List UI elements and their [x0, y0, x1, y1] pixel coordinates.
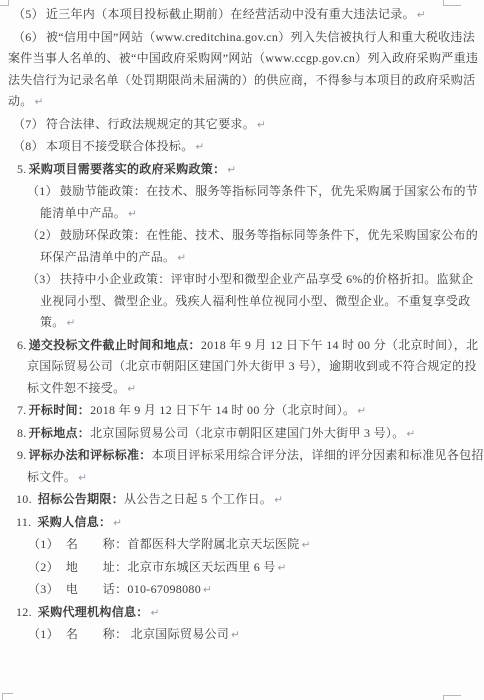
item-marker: （2）: [28, 560, 66, 574]
paragraph-mark-icon: ↵: [300, 540, 311, 551]
policy-item-2: （2）鼓励环保政策：在性能、技术、服务等指标同等条件下，优先采购国家公布的环保产…: [0, 225, 484, 269]
item-marker: （1）: [28, 537, 66, 551]
section-number: 12.: [16, 605, 38, 619]
section-number: 10.: [16, 492, 38, 506]
section-number: 11.: [16, 515, 37, 529]
clause-8: （8）本项目不接受联合体投标。↵: [0, 136, 484, 159]
item-marker: （2）: [27, 228, 60, 242]
clause-7: （7）符合法律、行政法规规定的其它要求。↵: [0, 114, 484, 137]
clause-marker: （8）: [13, 139, 46, 153]
item-marker: （3）: [28, 582, 66, 596]
clause-marker: （5）: [13, 7, 46, 21]
paragraph-mark-icon: ↵: [405, 429, 416, 440]
paragraph-mark-icon: ↵: [355, 406, 366, 417]
section-8-opening-place: 8.开标地点：北京国际贸易公司（北京市朝阳区建国门外大街甲 3 号）。↵: [0, 423, 484, 446]
section-text: 2018 年 9 月 12 日下午 14 时 00 分（北京时间）。: [90, 403, 355, 417]
section-number: 8.: [17, 426, 29, 440]
paragraph-mark-icon: ↵: [175, 253, 186, 264]
clause-6: （6）被“信用中国”网站（www.creditchina.gov.cn）列入失信…: [0, 27, 484, 114]
item-marker: （1）: [28, 627, 66, 641]
paragraph-mark-icon: ↵: [276, 563, 287, 574]
section-label: 采购代理机构信息：: [38, 605, 149, 619]
clause-text: 近三年内（本项目投标截止期前）在经营活动中没有重大违法记录。: [46, 7, 415, 21]
purchaser-phone: （3）电 话：010-67098080↵: [0, 579, 484, 602]
section-number: 6.: [17, 338, 29, 352]
clause-text: 本项目不接受联合体投标。: [46, 139, 194, 153]
policy-item-3: （3）扶持中小企业政策：评审时小型和微型企业产品享受 6%的价格折扣。监狱企业视…: [0, 269, 484, 335]
document-page: （5）近三年内（本项目投标截止期前）在经营活动中没有重大违法记录。↵ （6）被“…: [0, 0, 484, 700]
section-label: 采购人信息：: [37, 515, 111, 529]
clause-text: 被“信用中国”网站（www.creditchina.gov.cn）列入失信被执行…: [8, 30, 478, 109]
section-text: 北京国际贸易公司（北京市朝阳区建国门外大街甲 3 号）。: [90, 426, 404, 440]
section-5-policies: 5.采购项目需要落实的政府采购政策：↵: [0, 159, 484, 182]
paragraph-mark-icon: ↵: [255, 120, 266, 131]
section-label: 开标地点：: [29, 426, 91, 440]
item-marker: （1）: [27, 184, 60, 198]
section-7-opening-time: 7.开标时间：2018 年 9 月 12 日下午 14 时 00 分（北京时间）…: [0, 400, 484, 423]
item-text: 鼓励环保政策：在性能、技术、服务等指标同等条件下，优先采购国家公布的环保产品清单…: [40, 228, 478, 264]
paragraph-mark-icon: ↵: [272, 495, 283, 506]
paragraph-mark-icon: ↵: [225, 165, 236, 176]
paragraph-mark-icon: ↵: [33, 97, 44, 108]
paragraph-mark-icon: ↵: [65, 318, 76, 329]
section-label: 招标公告期限：: [38, 492, 124, 506]
section-text: 从公告之日起 5 个工作日。: [124, 492, 272, 506]
text-boundary-mark-bottom-right-icon: [443, 695, 461, 700]
section-label: 递交投标文件截止时间和地点：: [29, 338, 201, 352]
item-text: 地 址：北京市东城区天坛西里 6 号: [66, 560, 276, 574]
paragraph-mark-icon: ↵: [111, 518, 122, 529]
paragraph-mark-icon: ↵: [149, 608, 160, 619]
item-marker: （3）: [27, 272, 60, 286]
section-12-agency-info: 12.采购代理机构信息：↵: [0, 602, 484, 625]
text-boundary-mark-top-left-icon: [0, 0, 9, 6]
purchaser-address: （2）地 址：北京市东城区天坛西里 6 号↵: [0, 557, 484, 580]
paragraph-mark-icon: ↵: [415, 10, 426, 21]
section-number: 9.: [17, 448, 29, 462]
item-text: 电 话：010-67098080: [66, 582, 201, 596]
section-label: 开标时间：: [29, 403, 91, 417]
paragraph-mark-icon: ↵: [229, 630, 240, 641]
clause-5: （5）近三年内（本项目投标截止期前）在经营活动中没有重大违法记录。↵: [0, 4, 484, 27]
clause-text: 符合法律、行政法规规定的其它要求。: [46, 117, 255, 131]
purchaser-name: （1）名 称：首都医科大学附属北京天坛医院↵: [0, 534, 484, 557]
paragraph-mark-icon: ↵: [76, 473, 87, 484]
item-text: 扶持中小企业政策：评审时小型和微型企业产品享受 6%的价格折扣。监狱企业视同小型…: [40, 272, 473, 329]
paragraph-mark-icon: ↵: [194, 142, 205, 153]
paragraph-mark-icon: ↵: [126, 209, 137, 220]
section-10-announcement-period: 10.招标公告期限：从公告之日起 5 个工作日。↵: [0, 489, 484, 512]
section-label: 采购项目需要落实的政府采购政策：: [29, 162, 226, 176]
agency-name: （1）名 称： 北京国际贸易公司↵: [0, 624, 484, 647]
section-11-purchaser-info: 11.采购人信息：↵: [0, 512, 484, 535]
item-text: 鼓励节能政策：在技术、服务等指标同等条件下，优先采购属于国家公布的节能清单中产品…: [40, 184, 478, 220]
clause-marker: （7）: [13, 117, 46, 131]
item-text: 名 称：首都医科大学附属北京天坛医院: [66, 537, 300, 551]
paragraph-mark-icon: ↵: [201, 585, 212, 596]
policy-item-1: （1）鼓励节能政策：在技术、服务等指标同等条件下，优先采购属于国家公布的节能清单…: [0, 181, 484, 225]
item-text: 名 称： 北京国际贸易公司: [66, 627, 229, 641]
section-6-bid-deadline: 6.递交投标文件截止时间和地点：2018 年 9 月 12 日下午 14 时 0…: [0, 335, 484, 401]
section-label: 评标办法和评标标准：: [29, 448, 152, 462]
section-9-evaluation: 9.评标办法和评标标准：本项目评标采用综合评分法，详细的评分因素和标准见各包招标…: [0, 445, 484, 489]
text-boundary-mark-top-right-icon: [443, 0, 461, 6]
clause-marker: （6）: [13, 30, 46, 44]
section-number: 7.: [17, 403, 29, 417]
section-number: 5.: [17, 162, 29, 176]
paragraph-mark-icon: ↵: [125, 384, 136, 395]
text-boundary-mark-bottom-left-icon: [2, 693, 13, 700]
